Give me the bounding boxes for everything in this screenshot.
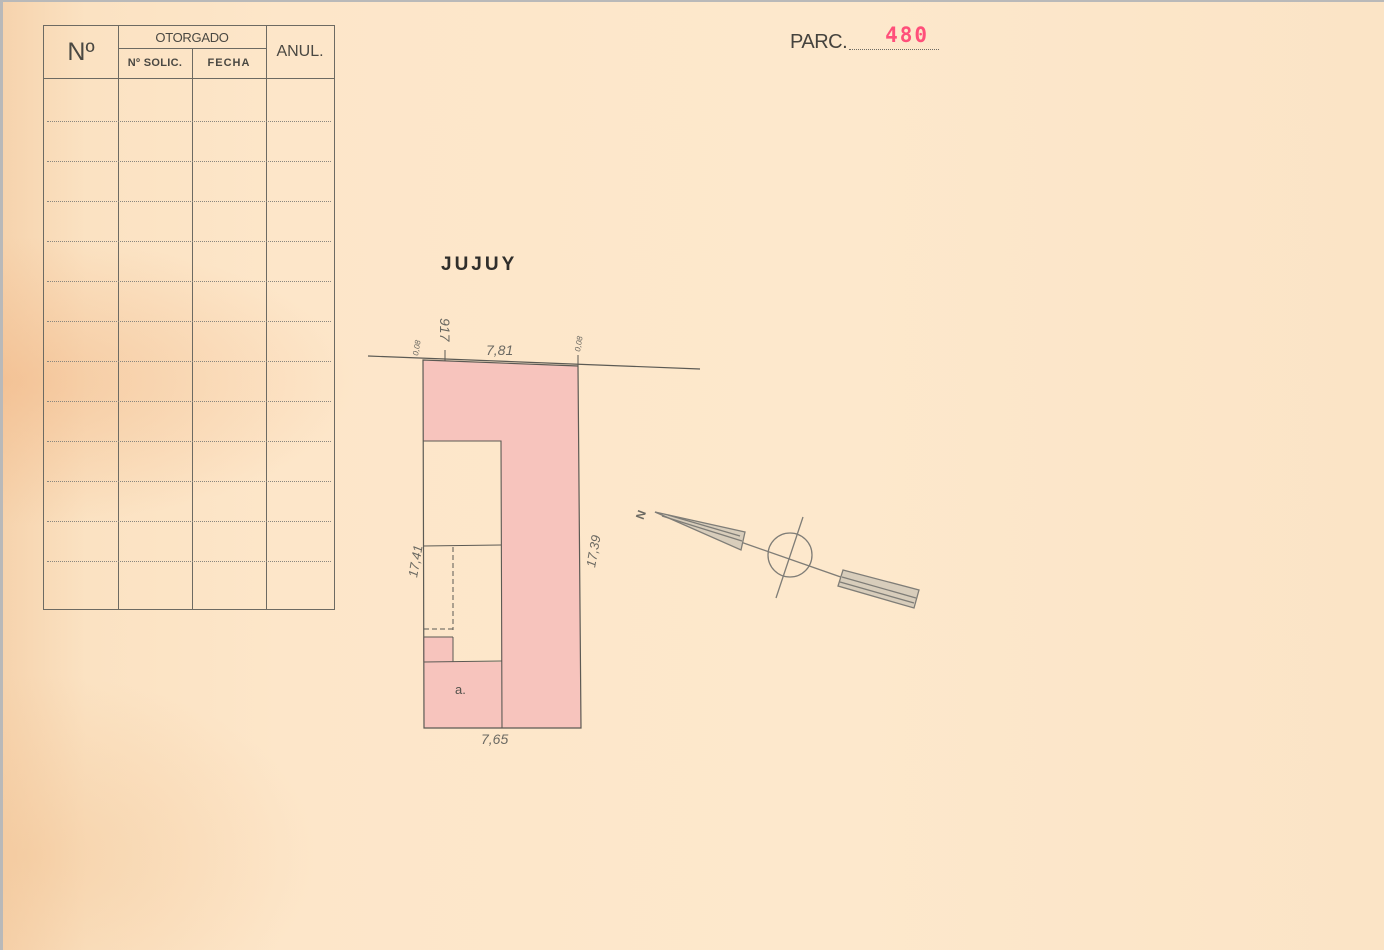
cadastral-card: Nº OTORGADO Nº SOLIC. FECHA ANUL. PARC. … (3, 2, 1384, 950)
north-arrow: N (3, 2, 1384, 950)
compass-icon (655, 512, 919, 608)
north-label: N (633, 508, 649, 521)
